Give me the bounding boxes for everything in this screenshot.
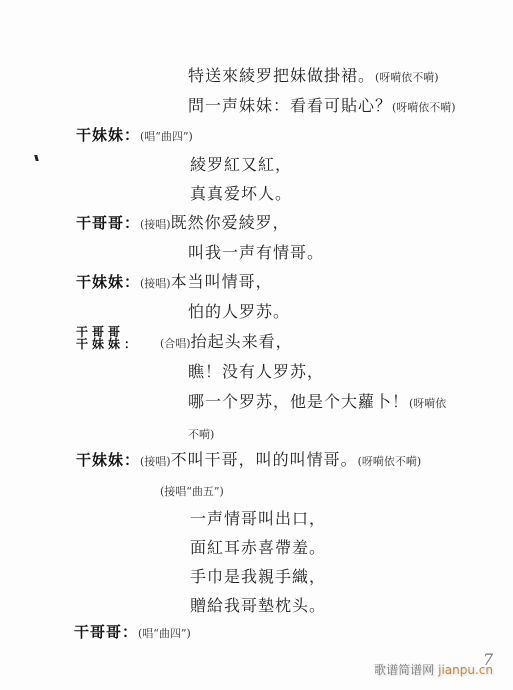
lyric-text: 瞧！没有人罗苏， — [188, 362, 324, 381]
aside-text: (呀嗬依不嗬) — [392, 101, 456, 114]
lyric-line-2: 問一声妹妹：看看可貼心？(呀嗬依不嗬) — [188, 98, 456, 114]
speaker-label: 干妹妹： — [76, 273, 140, 291]
cue-text: (合唱) — [160, 337, 191, 350]
cue-text: (接唱“曲五”) — [160, 485, 224, 498]
speaker-label: 干妹妹： — [76, 451, 140, 469]
speaker-line-8: 干妹妹：(接唱)本当叫情哥， — [76, 274, 273, 290]
lyric-line-4: 綾罗紅又紅， — [190, 157, 292, 173]
lyric-text: 一声情哥叫出口， — [190, 509, 326, 528]
scanned-page: 特送來綾罗把妹做掛裙。(呀嗬依不嗬) 問一声妹妹：看看可貼心？(呀嗬依不嗬) 干… — [0, 0, 513, 690]
lyric-line-5: 真真爱坏人。 — [190, 186, 292, 202]
speaker-label-2: 干妹妹： — [76, 338, 140, 350]
lyric-text: 特送來綾罗把妹做掛裙。 — [188, 66, 375, 85]
lyric-line-19: 贈給我哥墊枕头。 — [190, 598, 326, 614]
watermark: 歌谱简谱网jianpu.cn — [374, 661, 493, 678]
aside-text: (呀嗬依不嗬) — [358, 455, 422, 468]
lyric-line-9: 怕的人罗苏。 — [188, 304, 290, 320]
lyric-line-7: 叫我一声有情哥。 — [188, 245, 324, 261]
lyric-text: 既然你爱綾罗， — [171, 213, 290, 232]
aside-text: 不嗬) — [188, 428, 214, 441]
lyric-text: 本当叫情哥， — [171, 272, 273, 291]
speaker-line-6: 干哥哥：(接唱)既然你爱綾罗， — [76, 215, 290, 231]
lyric-text: 手巾是我親手織， — [190, 567, 326, 586]
lyric-line-18: 手巾是我親手織， — [190, 569, 326, 585]
lyric-text: 叫我一声有情哥。 — [188, 243, 324, 262]
lyric-text: 抬起头来看， — [191, 332, 293, 351]
lyric-line-11: 瞧！没有人罗苏， — [188, 364, 324, 380]
lyric-text: 怕的人罗苏。 — [188, 302, 290, 321]
cue-text: (唱“曲四”) — [138, 627, 191, 640]
aside-text: (呀嗬依不嗬) — [375, 71, 439, 84]
cue-line-15: (接唱“曲五”) — [160, 482, 224, 498]
speaker-line-14: 干妹妹：(接唱)不叫干哥，叫的叫情哥。(呀嗬依不嗬) — [76, 452, 421, 468]
speaker-label: 干哥哥： — [76, 214, 140, 232]
speaker-line-3: 干妹妹：(唱“曲四”) — [76, 127, 193, 143]
cue-text: (接唱) — [140, 277, 171, 290]
lyric-text: 哪一个罗苏，他是个大蘿卜！ — [188, 392, 409, 411]
speaker-stack: 干哥哥 干妹妹： — [76, 326, 140, 350]
lyric-text: 問一声妹妹：看看可貼心？ — [188, 96, 392, 115]
lyric-line-16: 一声情哥叫出口， — [190, 511, 326, 527]
lyric-text: 綾罗紅又紅， — [190, 155, 292, 174]
lyric-line-12: 哪一个罗苏，他是个大蘿卜！(呀嗬依 — [188, 394, 446, 410]
speaker-line-20: 干哥哥：(唱“曲四”) — [74, 624, 191, 640]
lyric-text: 不叫干哥，叫的叫情哥。 — [171, 450, 358, 469]
lyric-text: 贈給我哥墊枕头。 — [190, 596, 326, 615]
margin-mark — [34, 155, 39, 161]
watermark-domain: jianpu.cn — [438, 663, 493, 677]
lyric-line-10: (合唱)抬起头来看， — [160, 334, 293, 350]
aside-text: (呀嗬依 — [409, 397, 446, 410]
speaker-label: 干哥哥： — [74, 623, 138, 641]
lyric-line-1: 特送來綾罗把妹做掛裙。(呀嗬依不嗬) — [188, 68, 439, 84]
cue-text: (接唱) — [140, 218, 171, 231]
lyric-text: 面紅耳赤喜帶羞。 — [190, 538, 326, 557]
speaker-label: 干妹妹： — [76, 126, 140, 144]
lyric-text: 真真爱坏人。 — [190, 184, 292, 203]
aside-line-13: 不嗬) — [188, 425, 214, 441]
cue-text: (唱“曲四”) — [140, 130, 193, 143]
watermark-cn: 歌谱简谱网 — [374, 663, 434, 677]
cue-text: (接唱) — [140, 455, 171, 468]
lyric-line-17: 面紅耳赤喜帶羞。 — [190, 540, 326, 556]
